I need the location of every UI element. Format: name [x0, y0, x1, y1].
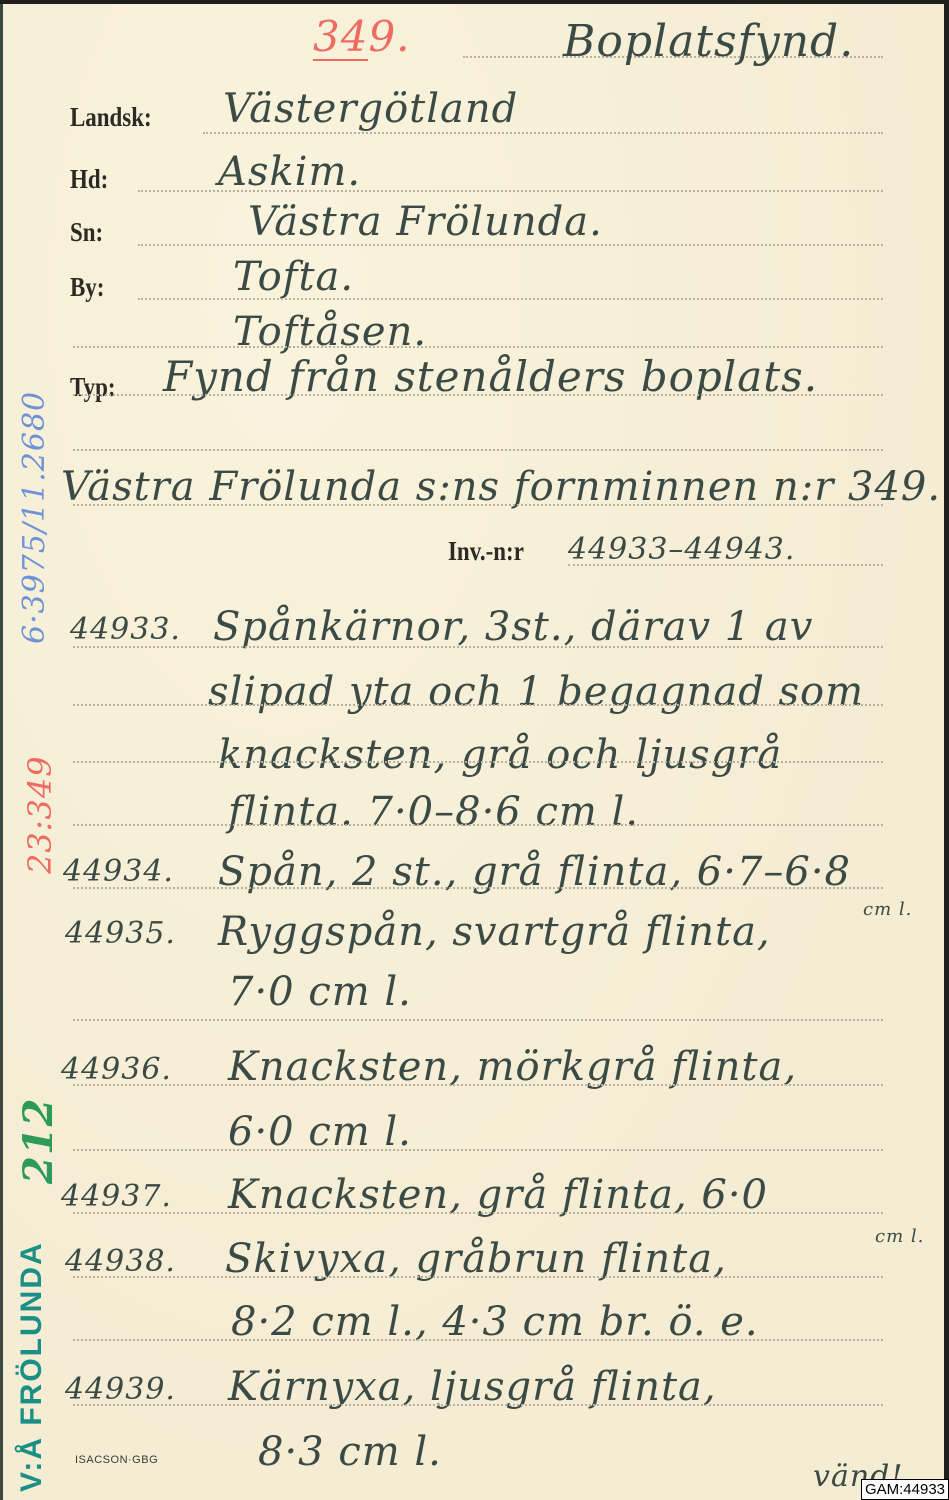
catalog-number: 349. [313, 12, 411, 61]
dotted-line [73, 1019, 883, 1021]
dotted-line [73, 449, 883, 451]
dotted-line [73, 1339, 883, 1341]
stamp-place: V:Å FRÖLUNDA [15, 1241, 49, 1492]
dotted-line [73, 824, 883, 826]
dotted-line [138, 244, 883, 246]
dotted-line [73, 1212, 883, 1214]
entry-text: slipad yta och 1 begagnad som [208, 669, 864, 715]
dotted-line [138, 298, 883, 300]
entry-text: flinta. 7·0–8·6 cm l. [228, 789, 639, 835]
dotted-line [73, 394, 883, 396]
dotted-line [138, 190, 883, 192]
dotted-line [73, 646, 883, 648]
field-label-harad: Hd: [70, 164, 108, 195]
dotted-line [73, 504, 883, 506]
field-label-typ: Typ: [70, 372, 115, 403]
field-value-place: Toftåsen. [233, 309, 427, 355]
id-label: GAM:44933 [861, 1479, 949, 1500]
field-value-landskap: Västergötland [223, 86, 518, 132]
entry-number: 44936. [61, 1052, 172, 1087]
entry-number: 44935. [65, 916, 176, 951]
entry-text: knacksten, grå och ljusgrå [218, 732, 782, 778]
dotted-line [73, 887, 883, 889]
printer-mark: ISACSON·GBG [75, 1454, 158, 1466]
dotted-line [73, 1404, 883, 1406]
dotted-line [568, 564, 883, 566]
entry-text: 8·3 cm l. [258, 1429, 442, 1475]
entry-text-unit: cm l. [875, 1226, 924, 1247]
dotted-line [73, 1084, 883, 1086]
margin-note-blue: 6·3975/11.2680 [17, 391, 52, 644]
entry-text: Ryggspån, svartgrå flinta, [218, 909, 771, 955]
field-label-by: By: [70, 272, 104, 303]
field-label-socken: Sn: [70, 217, 103, 248]
dotted-line [73, 704, 883, 706]
field-value-by: Tofta. [233, 254, 354, 300]
entry-number: 44933. [70, 612, 181, 647]
inventory-value: 44933–44943. [568, 532, 795, 567]
field-value-harad: Askim. [218, 149, 361, 195]
dotted-line [73, 346, 883, 348]
margin-note-red: 23:349 [21, 755, 59, 874]
category-title: Boplatsfynd. [563, 16, 854, 67]
entry-text: 7·0 cm l. [228, 969, 412, 1015]
entry-number: 44939. [65, 1372, 176, 1407]
dotted-line [203, 132, 883, 134]
dotted-line [73, 761, 883, 763]
catalog-card: 349. Boplatsfynd. Landsk: Västergötland … [0, 4, 944, 1500]
entry-number: 44934. [63, 854, 174, 889]
dotted-line [73, 1276, 883, 1278]
entry-text-unit: cm l. [863, 899, 912, 920]
field-label-landskap: Landsk: [70, 102, 152, 133]
entry-number: 44938. [65, 1244, 176, 1279]
entry-text: Spånkärnor, 3st., därav 1 av [213, 604, 813, 650]
field-value-socken: Västra Frölunda. [248, 199, 603, 245]
entry-number: 44937. [61, 1179, 172, 1214]
stamp-number: 212 [15, 1098, 62, 1185]
dotted-line [73, 1149, 883, 1151]
catalog-number-underline [313, 59, 368, 61]
inventory-label: Inv.-n:r [448, 536, 524, 567]
